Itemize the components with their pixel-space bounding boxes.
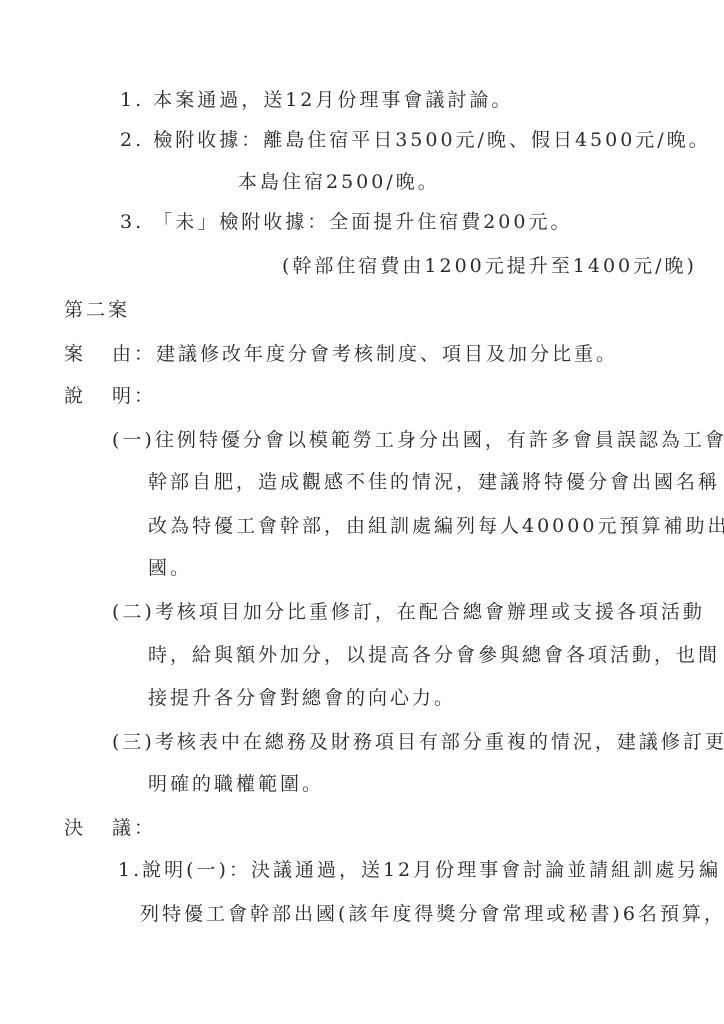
subject-text: 建議修改年度分會考核制度、項目及加分比重。 — [156, 343, 618, 365]
item-number: 3. — [120, 211, 144, 233]
explanation-1-line-2: 幹部自肥，造成觀感不佳的情況，建議將特優分會出國名稱 — [148, 470, 720, 494]
case-subject: 案由：建議修改年度分會考核制度、項目及加分比重。 — [64, 342, 618, 366]
explanation-marker: (二) — [112, 601, 155, 623]
explanation-text: 往例特優分會以模範勞工身分出國，有許多會員誤認為工會 — [155, 429, 724, 451]
explanation-1-line-4: 國。 — [148, 556, 192, 580]
resolution-label: 決議： — [64, 816, 156, 840]
resolution-item-3: 3. 「未」檢附收據：全面提升住宿費200元。 — [120, 210, 572, 234]
resolution-item-3-note: (幹部住宿費由1200元提升至1400元/晚) — [282, 254, 697, 278]
explanation-1-line-1: (一)往例特優分會以模範勞工身分出國，有許多會員誤認為工會 — [112, 428, 724, 452]
case-heading: 第二案 — [64, 298, 130, 322]
resolution-item-1: 1. 本案通過，送12月份理事會議討論。 — [120, 88, 513, 112]
explanation-2-line-3: 接提升各分會對總會的向心力。 — [148, 686, 456, 710]
explanation-3-line-2: 明確的職權範圍。 — [148, 772, 324, 796]
explanation-label-1: 說 — [64, 385, 86, 407]
resolution-item-2: 2. 檢附收據：離島住宿平日3500元/晚、假日4500元/晚。 — [120, 128, 711, 152]
explanation-1-line-3: 改為特優工會幹部，由組訓處編列每人40000元預算補助出 — [148, 514, 724, 538]
item-number: 1. — [120, 89, 144, 111]
resolution-label-1: 決 — [64, 817, 86, 839]
explanation-marker: (一) — [112, 429, 155, 451]
explanation-marker: (三) — [112, 731, 155, 753]
subject-label-2: 由： — [112, 343, 156, 365]
resolution-item-2-continuation: 本島住宿2500/晚。 — [238, 170, 440, 194]
explanation-label: 說明： — [64, 384, 156, 408]
item-text: 本案通過，送12月份理事會議討論。 — [153, 89, 513, 111]
explanation-2-line-1: (二)考核項目加分比重修訂，在配合總會辦理或支援各項活動 — [112, 600, 705, 624]
resolution-text: 說明(一)：決議通過，送12月份理事會討論並請組訓處另編 — [142, 859, 721, 881]
explanation-2-line-2: 時，給與額外加分，以提高各分會參與總會各項活動，也間 — [148, 643, 720, 667]
item-text: 「未」檢附收據：全面提升住宿費200元。 — [153, 211, 572, 233]
explanation-label-2: 明： — [112, 385, 156, 407]
item-text: 檢附收據：離島住宿平日3500元/晚、假日4500元/晚。 — [153, 129, 711, 151]
explanation-text: 考核項目加分比重修訂，在配合總會辦理或支援各項活動 — [155, 601, 705, 623]
item-number: 2. — [120, 129, 144, 151]
explanation-3-line-1: (三)考核表中在總務及財務項目有部分重複的情況，建議修訂更 — [112, 730, 724, 754]
resolution-1-line-1: 1.說明(一)：決議通過，送12月份理事會討論並請組訓處另編 — [118, 858, 721, 882]
resolution-number: 1. — [118, 859, 142, 881]
subject-label-1: 案 — [64, 343, 86, 365]
explanation-text: 考核表中在總務及財務項目有部分重複的情況，建議修訂更 — [155, 731, 724, 753]
resolution-1-line-2: 列特優工會幹部出國(該年度得獎分會常理或秘書)6名預算， — [140, 902, 724, 926]
resolution-label-2: 議： — [112, 817, 156, 839]
